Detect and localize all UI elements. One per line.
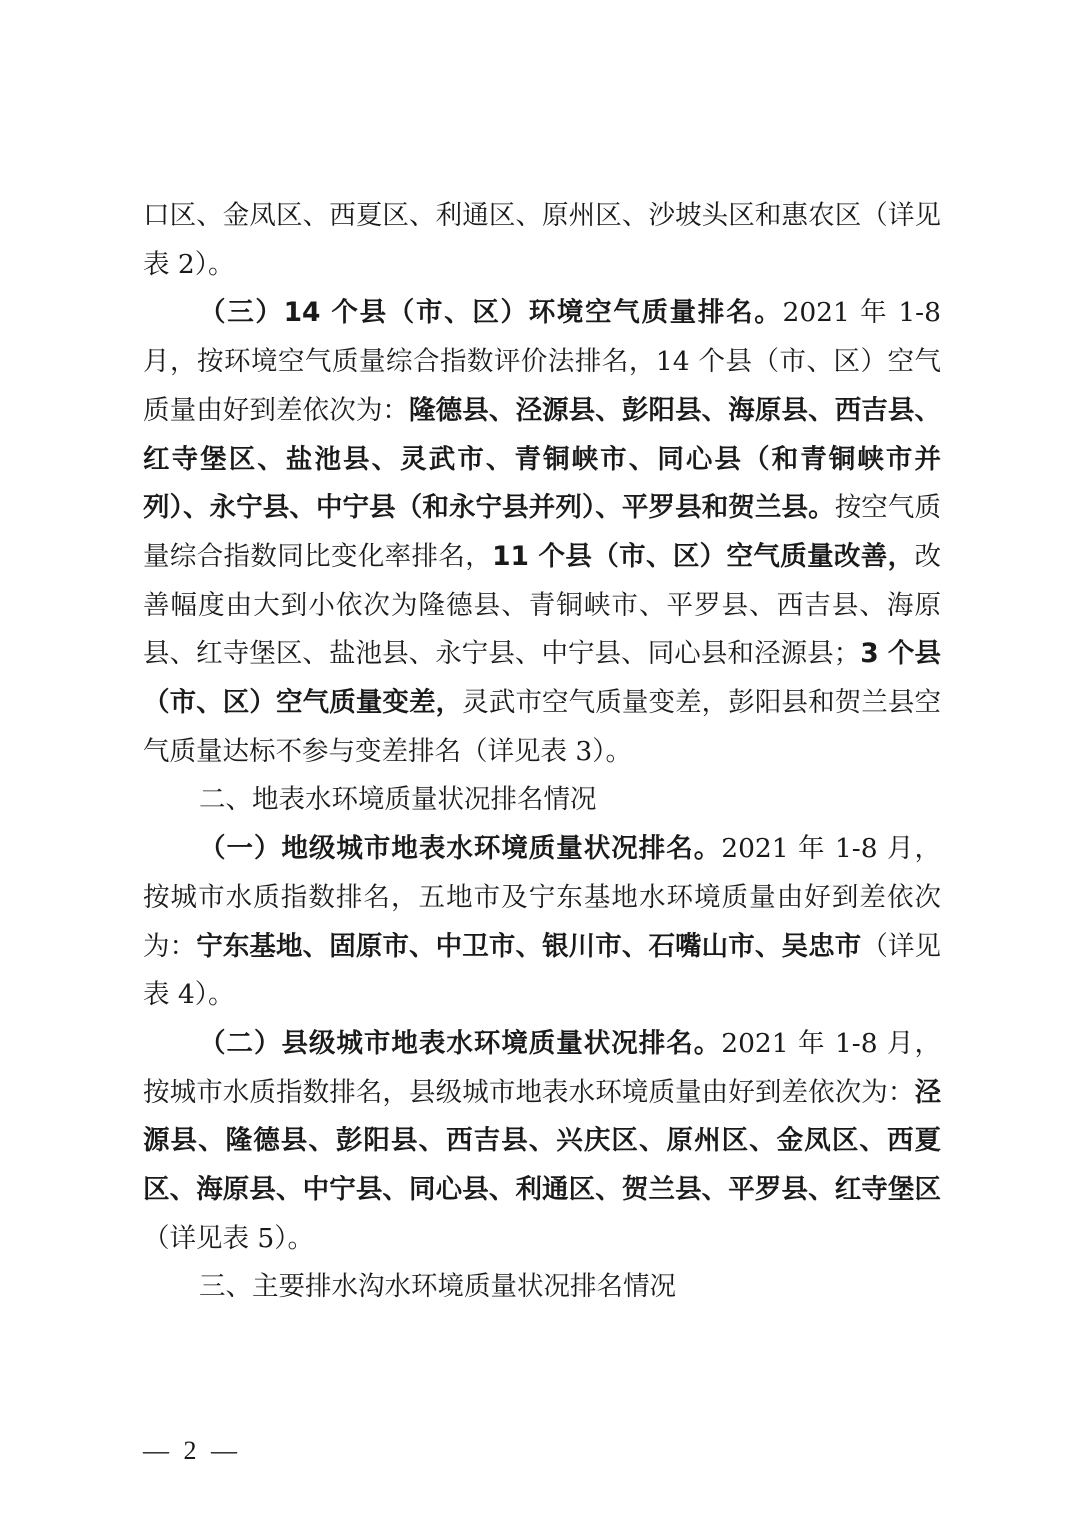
paragraph-continued-districts: 口区、金凤区、西夏区、利通区、原州区、沙坡头区和惠农区（详见表 2）。 [143, 192, 941, 289]
paragraph-county-water-quality: （二）县级城市地表水环境质量状况排名。2021 年 1-8 月，按城市水质指数排… [143, 1020, 941, 1264]
document-body: 口区、金凤区、西夏区、利通区、原州区、沙坡头区和惠农区（详见表 2）。 （三）1… [143, 192, 941, 1312]
text-segment: （详见表 5）。 [143, 1223, 314, 1254]
subheading-prefecture-water: （一）地级城市地表水环境质量状况排名。 [199, 833, 721, 864]
paragraph-county-air-quality: （三）14 个县（市、区）环境空气质量排名。2021 年 1-8 月，按环境空气… [143, 289, 941, 776]
section-heading-drainage-ditches: 三、主要排水沟水环境质量状况排名情况 [143, 1263, 941, 1312]
section-heading-surface-water: 二、地表水环境质量状况排名情况 [143, 776, 941, 825]
subheading-county-water: （二）县级城市地表水环境质量状况排名。 [199, 1028, 721, 1059]
page-number: — 2 — [143, 1436, 241, 1466]
paragraph-prefecture-water-quality: （一）地级城市地表水环境质量状况排名。2021 年 1-8 月，按城市水质指数排… [143, 825, 941, 1020]
ranking-list-prefecture-water: 宁东基地、固原市、中卫市、银川市、石嘴山市、吴忠市 [196, 931, 861, 962]
text-segment: 口区、金凤区、西夏区、利通区、原州区、沙坡头区和惠农区（详见表 2）。 [143, 200, 941, 280]
improved-count: 11 个县（市、区）空气质量改善， [492, 541, 914, 572]
subheading-county-air-quality: （三）14 个县（市、区）环境空气质量排名。 [199, 297, 782, 328]
